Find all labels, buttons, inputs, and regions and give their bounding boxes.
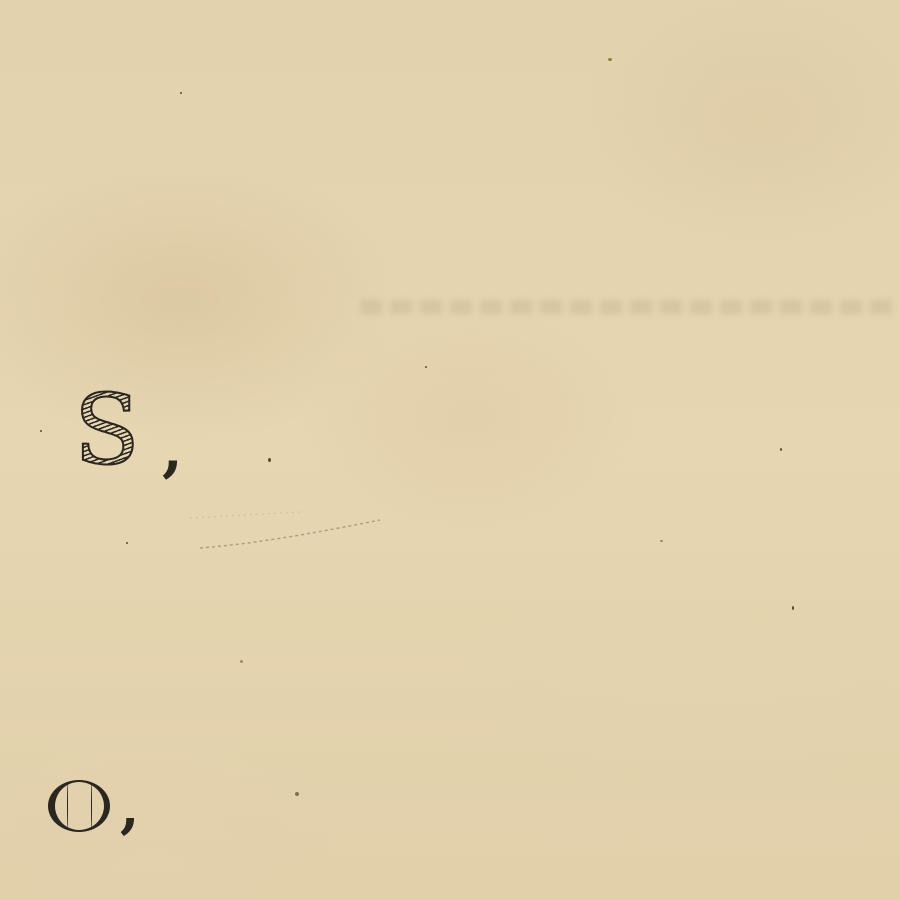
comma-mark: , [162, 420, 183, 480]
paper-speck [126, 542, 128, 544]
decorative-letter-o [48, 780, 110, 832]
paper-speck [240, 660, 243, 663]
paper-speck [268, 458, 271, 462]
paper-speck [660, 540, 663, 542]
paper-speck [425, 366, 427, 368]
paper-speck [792, 606, 794, 610]
comma-mark: , [120, 780, 140, 836]
paper-speck [180, 92, 182, 94]
paper-speck [295, 792, 299, 796]
decorative-letter-s: S [74, 382, 140, 478]
paper-speck [780, 448, 782, 451]
bleed-through-strokes [360, 300, 900, 314]
pencil-mark [190, 500, 390, 560]
paper-speck [40, 430, 42, 432]
aged-paper-page: S , , [0, 0, 900, 900]
paper-speck [608, 58, 612, 61]
bleed-through-text [360, 282, 900, 330]
